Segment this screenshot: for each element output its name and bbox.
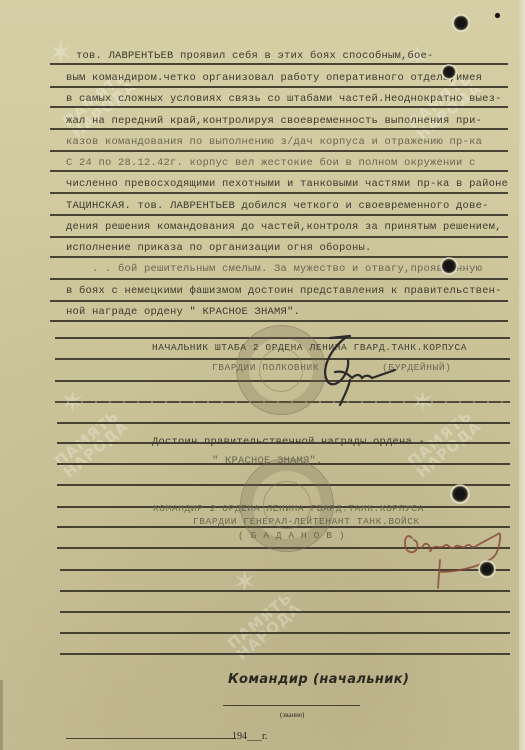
punch-hole <box>478 560 496 578</box>
text-line: тов. ЛАВРЕНТЬЕВ проявил себя в этих боях… <box>50 50 434 62</box>
signature-chief-of-staff <box>290 330 410 410</box>
punch-hole <box>440 257 458 275</box>
text-line: вым командиром.четко организовал работу … <box>66 72 482 84</box>
text-line: С 24 по 28.12.42г. корпус вел жестокие б… <box>66 157 476 169</box>
commander-name: ( Б А Д А Н О В ) <box>238 530 345 541</box>
text-line: ной награде ордену " КРАСНОЕ ЗНАМЯ". <box>66 306 300 318</box>
page-edge-left <box>0 680 3 750</box>
document-page: ✶ ПАМЯТЬНАРОДА ✶ ПАМЯТЬНАРОДА ✶ ПАМЯТЬНА… <box>0 0 525 750</box>
punch-hole <box>494 12 501 19</box>
punch-hole <box>452 14 470 32</box>
text-line: . . бой решительным смелым. За мужество … <box>66 263 482 275</box>
signature-commander <box>400 520 515 590</box>
punch-hole <box>441 64 457 80</box>
text-line: численно превосходящими пехотными и танк… <box>66 178 508 190</box>
page-edge <box>519 0 525 750</box>
text-line: в самых сложных условиях связь со штабам… <box>66 93 502 105</box>
conclusion-line-1: Достоин правительственной награды ордена… <box>152 436 425 448</box>
commander-form-label: Командир (начальник) <box>228 672 409 687</box>
text-line: в боях с немецкими фашизмом достоин пред… <box>66 285 502 297</box>
watermark: ПАМЯТЬНАРОДА <box>225 590 303 662</box>
punch-hole <box>450 484 470 504</box>
text-line: жал на передний край,контролируя своевре… <box>66 115 482 127</box>
text-line: дения решения командования до частей,кон… <box>66 221 502 233</box>
text-line: казов командования по выполнению з/дач к… <box>66 136 482 148</box>
commander-title: КОМАНДИР 2 ОРДЕНА ЛЕНИНА ГВАРД.ТАНК.КОРП… <box>153 503 424 514</box>
date-field: 194___г. <box>232 731 267 742</box>
text-line: ТАЦИНСКАЯ. тов. ЛАВРЕНТЬЕВ добился четко… <box>66 200 489 212</box>
commander-rank: ГВАРДИИ ГЕНЕРАЛ-ЛЕЙТЕНАНТ ТАНК.ВОЙСК <box>193 516 420 527</box>
rank-caption: (звание) <box>280 711 304 719</box>
text-line: исполнение приказа по организации огня о… <box>66 242 372 254</box>
